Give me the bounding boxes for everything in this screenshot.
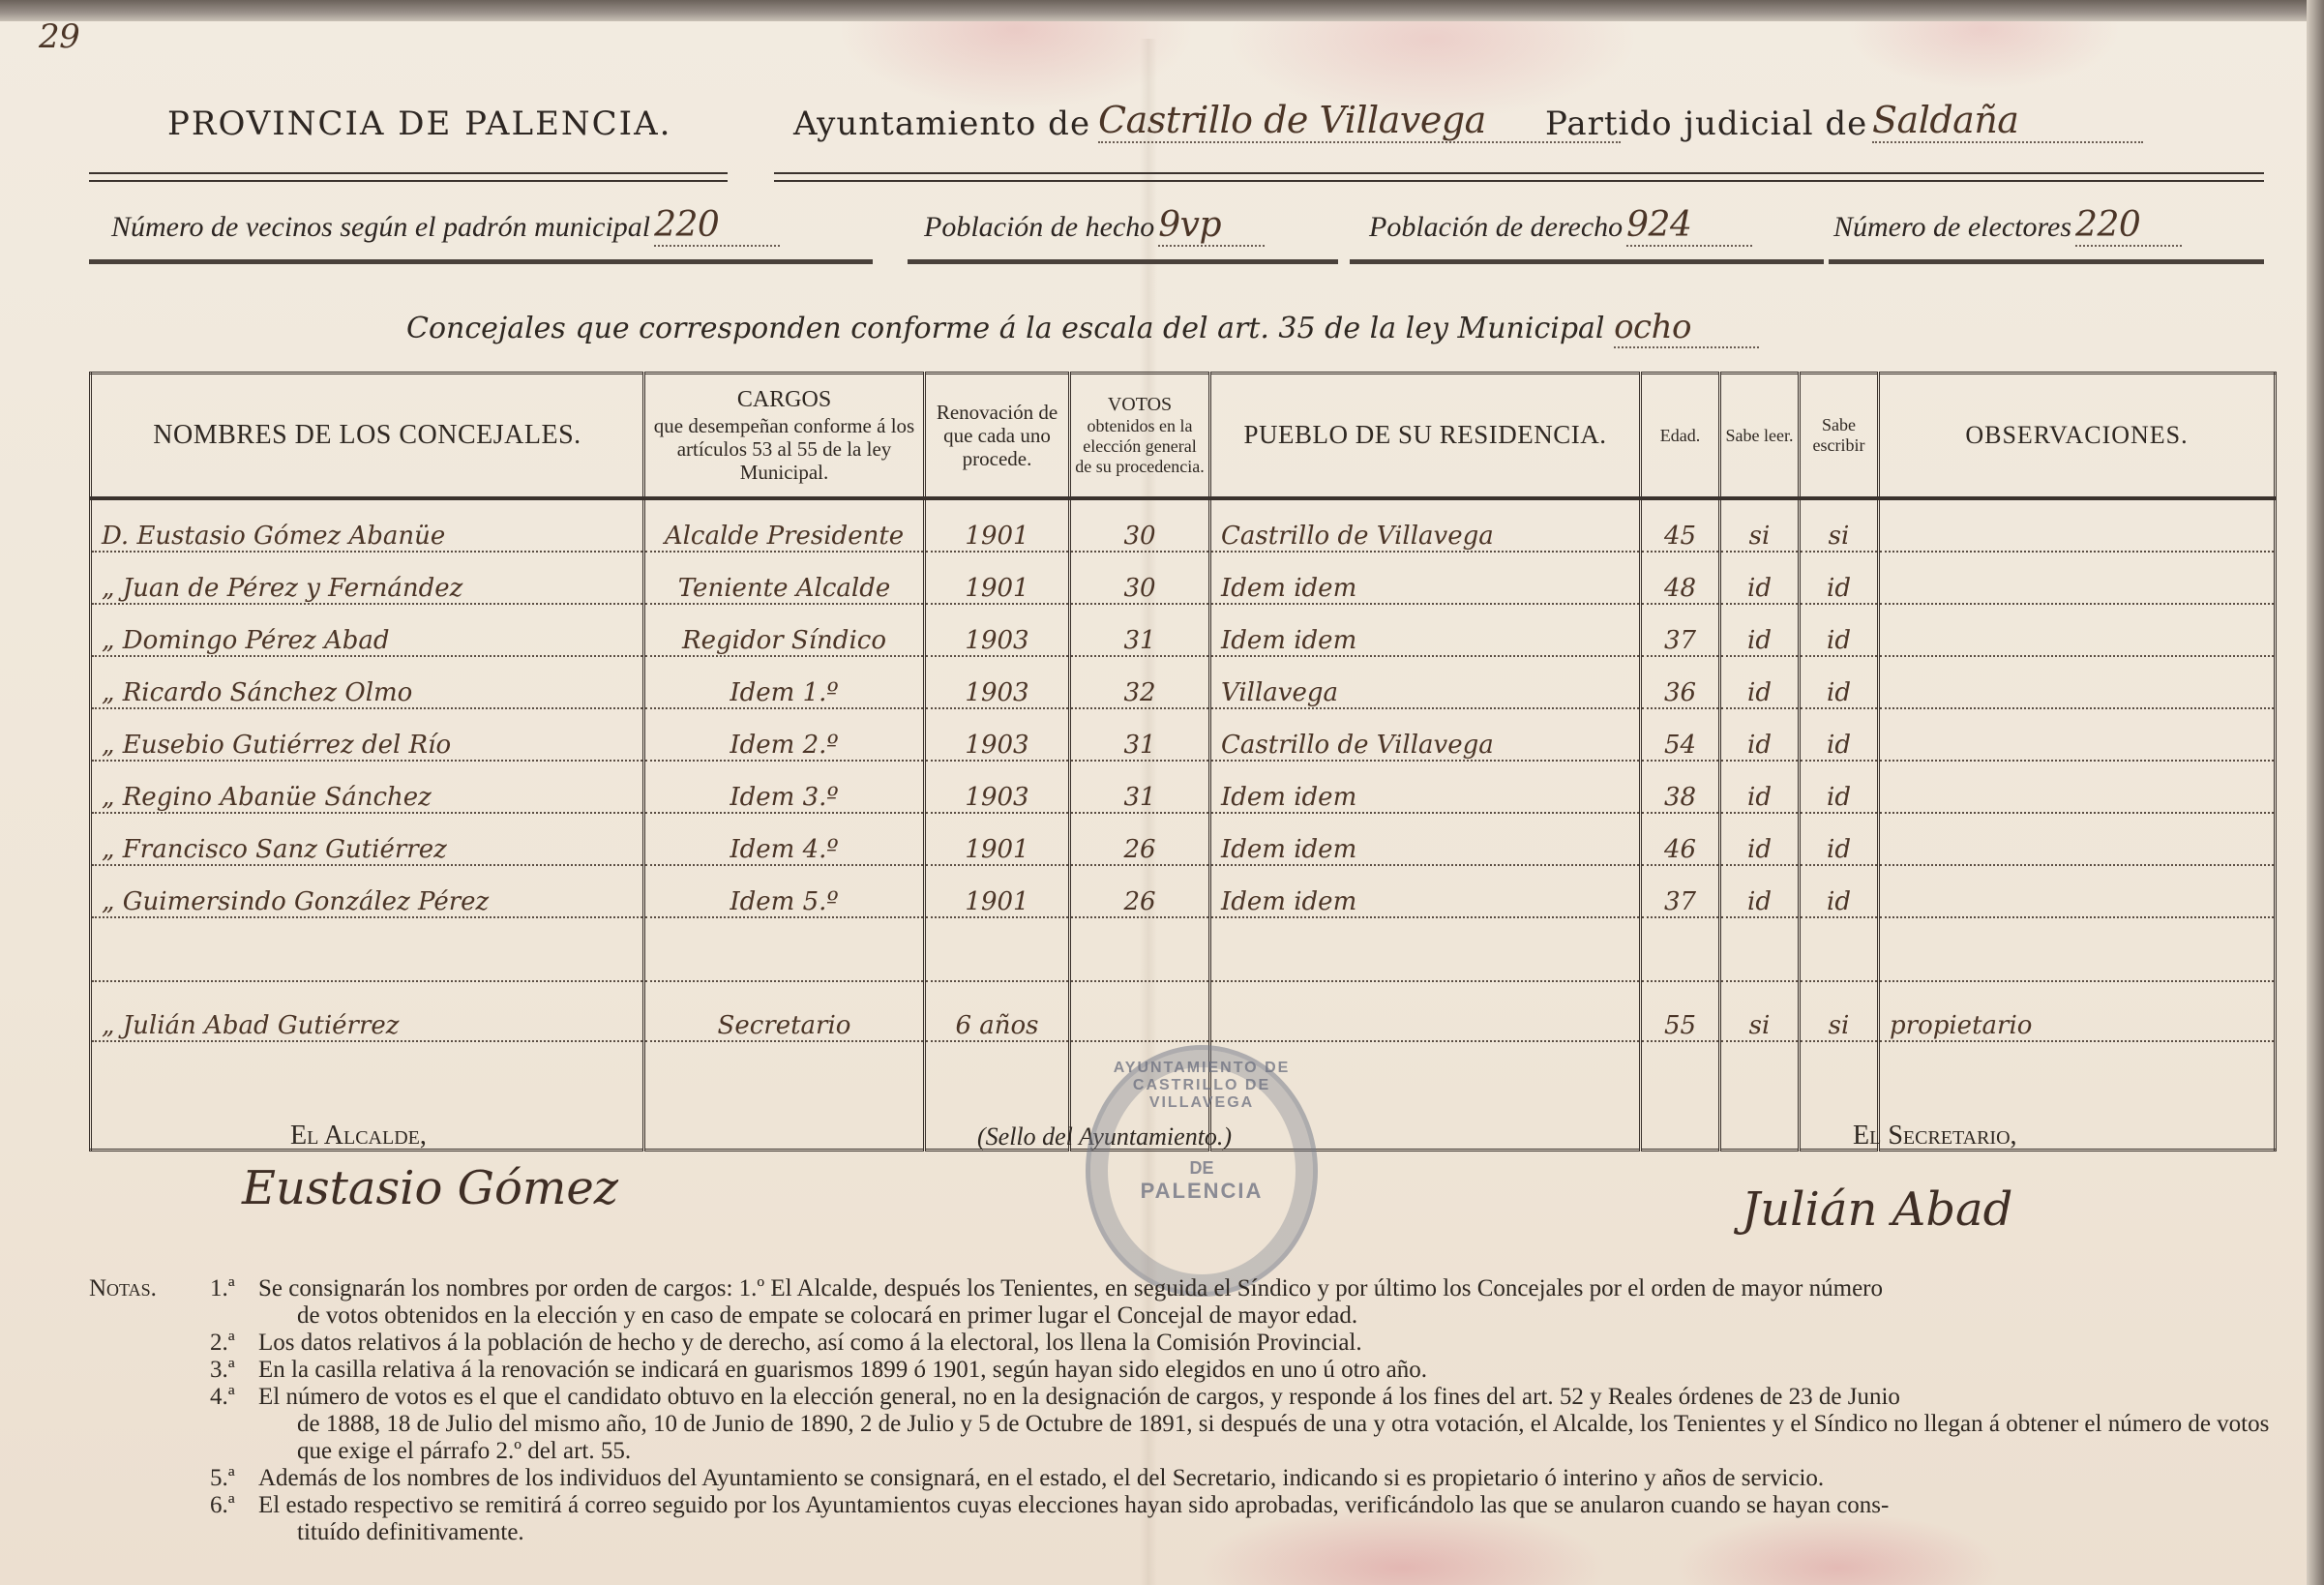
header-cargos-sub: que desempeñan conforme á los artículos … [649, 414, 919, 484]
header-sabe-escribir: Sabe escribir [1800, 374, 1879, 499]
cell-cargo: Idem 2.º [644, 708, 925, 761]
cell-edad: 48 [1641, 552, 1720, 604]
header-edad: Edad. [1641, 374, 1720, 499]
note-number: 6.ª [210, 1492, 235, 1519]
note-continuation: de 1888, 18 de Julio del mismo año, 10 d… [258, 1411, 2285, 1465]
book-binding-edge [2307, 0, 2324, 1585]
ayuntamiento-value: Castrillo de Villavega [1098, 99, 1621, 143]
table-row: „ Juan de Pérez y Fernández Teniente Alc… [91, 552, 2276, 604]
rule [1829, 259, 2264, 264]
secretario-signature: Julián Abad [1742, 1182, 2012, 1237]
note-text: En la casilla relativa á la renovación s… [258, 1357, 1427, 1383]
cell-obs [1879, 813, 2276, 865]
cell-escribir: id [1800, 865, 1879, 917]
cell-pueblo: Idem idem [1210, 552, 1641, 604]
note-item: 6.ª El estado respectivo se remitirá á c… [89, 1492, 2285, 1546]
cell-renovacion: 1903 [925, 761, 1070, 813]
cell-obs [1879, 761, 2276, 813]
cell-votos: 31 [1070, 708, 1210, 761]
ayuntamiento-label: Ayuntamiento de [793, 105, 1090, 143]
cell-obs [1879, 656, 2276, 708]
cell-leer: id [1720, 813, 1800, 865]
cell-escribir: id [1800, 761, 1879, 813]
cell-votos [1070, 981, 1210, 1041]
vecinos-field: Número de vecinos según el padrón munici… [111, 205, 780, 247]
note-text: El estado respectivo se remitirá á corre… [258, 1492, 1889, 1518]
header-cargos: CARGOS que desempeñan conforme á los art… [644, 374, 925, 499]
cell-pueblo: Castrillo de Villavega [1210, 498, 1641, 552]
cell-votos: 30 [1070, 498, 1210, 552]
cell-leer: id [1720, 708, 1800, 761]
cell-cargo: Idem 5.º [644, 865, 925, 917]
note-item: 4.ª El número de votos es el que el cand… [89, 1384, 2285, 1465]
provincia-title: PROVINCIA DE PALENCIA. [167, 105, 671, 143]
cell-votos: 30 [1070, 552, 1210, 604]
header-nombres: NOMBRES DE LOS CONCEJALES. [91, 374, 644, 499]
cell-renovacion: 1901 [925, 813, 1070, 865]
cell-votos: 31 [1070, 761, 1210, 813]
electores-value: 220 [2075, 205, 2182, 247]
cell-votos: 26 [1070, 813, 1210, 865]
cell-cargo: Alcalde Presidente [644, 498, 925, 552]
vecinos-value: 220 [654, 205, 780, 247]
table-row: „ Guimersindo González Pérez Idem 5.º 19… [91, 865, 2276, 917]
cell-nombre: D. Eustasio Gómez Abanüe [91, 498, 644, 552]
cell-obs [1879, 498, 2276, 552]
cell-edad: 37 [1641, 865, 1720, 917]
cell-obs: propietario [1879, 981, 2276, 1041]
derecho-value: 924 [1626, 205, 1752, 247]
table-row-secretary: „ Julián Abad Gutiérrez Secretario 6 año… [91, 981, 2276, 1041]
cell-leer: si [1720, 981, 1800, 1041]
book-binding-top [0, 0, 2324, 21]
cell-cargo: Idem 4.º [644, 813, 925, 865]
cell-escribir: si [1800, 981, 1879, 1041]
cell-nombre: „ Francisco Sanz Gutiérrez [91, 813, 644, 865]
seal-ring-text: AYUNTAMIENTO DE CASTRILLO DE VILLAVEGA [1090, 1060, 1313, 1112]
note-continuation: de votos obtenidos en la elección y en c… [258, 1302, 2285, 1330]
cell-obs [1879, 604, 2276, 656]
cell-cargo: Regidor Síndico [644, 604, 925, 656]
partido-value: Saldaña [1872, 99, 2143, 143]
cell-leer: si [1720, 498, 1800, 552]
cell-escribir: si [1800, 498, 1879, 552]
cell-edad: 46 [1641, 813, 1720, 865]
municipal-seal: AYUNTAMIENTO DE CASTRILLO DE VILLAVEGA D… [1086, 1045, 1318, 1297]
page-number: 29 [39, 17, 79, 56]
cell-obs [1879, 708, 2276, 761]
cell-escribir: id [1800, 656, 1879, 708]
cell-escribir: id [1800, 813, 1879, 865]
note-text: El número de votos es el que el candidat… [258, 1384, 1900, 1410]
table-row: „ Ricardo Sánchez Olmo Idem 1.º 1903 32 … [91, 656, 2276, 708]
cell-nombre: „ Ricardo Sánchez Olmo [91, 656, 644, 708]
derecho-field: Población de derecho924 [1369, 205, 1752, 247]
vecinos-label: Número de vecinos según el padrón munici… [111, 211, 650, 243]
table-row: „ Domingo Pérez Abad Regidor Síndico 190… [91, 604, 2276, 656]
hecho-label: Población de hecho [924, 211, 1154, 243]
cell-cargo: Secretario [644, 981, 925, 1041]
table-row: D. Eustasio Gómez Abanüe Alcalde Preside… [91, 498, 2276, 552]
cell-leer: id [1720, 604, 1800, 656]
cell-votos: 32 [1070, 656, 1210, 708]
note-number: 5.ª [210, 1465, 235, 1492]
cell-escribir: id [1800, 604, 1879, 656]
cell-pueblo: Villavega [1210, 656, 1641, 708]
cell-leer: id [1720, 552, 1800, 604]
table-row: „ Regino Abanüe Sánchez Idem 3.º 1903 31… [91, 761, 2276, 813]
cell-pueblo [1210, 981, 1641, 1041]
concejales-value: ocho [1614, 308, 1759, 348]
note-text: Los datos relativos á la población de he… [258, 1330, 1362, 1356]
electores-field: Número de electores220 [1833, 205, 2182, 247]
cell-nombre: „ Domingo Pérez Abad [91, 604, 644, 656]
header-observaciones: OBSERVACIONES. [1879, 374, 2276, 499]
cell-renovacion: 1901 [925, 498, 1070, 552]
partido-label: Partido judicial de [1545, 105, 1867, 143]
cell-renovacion: 1901 [925, 552, 1070, 604]
derecho-label: Población de derecho [1369, 211, 1623, 243]
cell-escribir: id [1800, 552, 1879, 604]
header-votos-sub: obtenidos en la elección general de su p… [1075, 416, 1205, 476]
note-item: 1.ª Se consignarán los nombres por orden… [89, 1275, 2285, 1330]
cell-edad: 37 [1641, 604, 1720, 656]
rule [89, 172, 728, 182]
note-item: 2.ª Los datos relativos á la población d… [89, 1330, 2285, 1357]
cell-pueblo: Idem idem [1210, 761, 1641, 813]
seal-middle-text: DE [1189, 1158, 1213, 1179]
cell-pueblo: Castrillo de Villavega [1210, 708, 1641, 761]
cell-edad: 38 [1641, 761, 1720, 813]
note-number: 2.ª [210, 1330, 235, 1357]
cell-cargo: Idem 3.º [644, 761, 925, 813]
cell-cargo: Idem 1.º [644, 656, 925, 708]
cell-nombre: „ Guimersindo González Pérez [91, 865, 644, 917]
note-number: 4.ª [210, 1384, 235, 1411]
note-item: 3.ª En la casilla relativa á la renovaci… [89, 1357, 2285, 1384]
cell-pueblo: Idem idem [1210, 865, 1641, 917]
header-votos-title: VOTOS [1075, 394, 1205, 416]
cell-renovacion: 1903 [925, 656, 1070, 708]
header-pueblo: PUEBLO DE SU RESIDENCIA. [1210, 374, 1641, 499]
table-header-row: NOMBRES DE LOS CONCEJALES. CARGOS que de… [91, 374, 2276, 499]
alcalde-signature: Eustasio Gómez [242, 1161, 618, 1215]
cell-nombre: „ Juan de Pérez y Fernández [91, 552, 644, 604]
hecho-field: Población de hecho9vp [924, 205, 1265, 247]
cell-renovacion: 6 años [925, 981, 1070, 1041]
cell-leer: id [1720, 865, 1800, 917]
cell-renovacion: 1903 [925, 604, 1070, 656]
note-continuation: tituído definitivamente. [258, 1519, 2285, 1546]
table-row-empty [91, 917, 2276, 981]
note-item: 5.ª Además de los nombres de los individ… [89, 1465, 2285, 1492]
cell-renovacion: 1901 [925, 865, 1070, 917]
cell-escribir: id [1800, 708, 1879, 761]
header-sabe-leer: Sabe leer. [1720, 374, 1800, 499]
table-row: „ Francisco Sanz Gutiérrez Idem 4.º 1901… [91, 813, 2276, 865]
header-votos: VOTOS obtenidos en la elección general d… [1070, 374, 1210, 499]
title-row: PROVINCIA DE PALENCIA. Ayuntamiento de C… [160, 105, 2288, 163]
header-cargos-title: CARGOS [649, 387, 919, 414]
rule [1350, 259, 1824, 264]
cell-edad: 55 [1641, 981, 1720, 1041]
note-text: Además de los nombres de los individuos … [258, 1465, 1824, 1491]
header-renovacion: Renovación de que cada uno procede. [925, 374, 1070, 499]
cell-nombre: „ Julián Abad Gutiérrez [91, 981, 644, 1041]
cell-cargo: Teniente Alcalde [644, 552, 925, 604]
cell-obs [1879, 552, 2276, 604]
cell-edad: 54 [1641, 708, 1720, 761]
concejales-table: NOMBRES DE LOS CONCEJALES. CARGOS que de… [89, 372, 2277, 1151]
note-text: Se consignarán los nombres por orden de … [258, 1275, 1883, 1301]
cell-edad: 36 [1641, 656, 1720, 708]
seal-bottom-text: PALENCIA [1141, 1179, 1264, 1204]
secretario-label: El Secretario, [1853, 1121, 2017, 1151]
rule [908, 259, 1338, 264]
electores-label: Número de electores [1833, 211, 2071, 243]
note-number: 3.ª [210, 1357, 235, 1384]
cell-edad: 45 [1641, 498, 1720, 552]
cell-nombre: „ Regino Abanüe Sánchez [91, 761, 644, 813]
cell-votos: 26 [1070, 865, 1210, 917]
concejales-line: Concejales que corresponden conforme á l… [406, 308, 1759, 348]
cell-leer: id [1720, 761, 1800, 813]
rule [774, 172, 2264, 182]
cell-pueblo: Idem idem [1210, 813, 1641, 865]
rule [89, 259, 873, 264]
alcalde-label: El Alcalde, [290, 1121, 427, 1151]
cell-renovacion: 1903 [925, 708, 1070, 761]
table-row: „ Eusebio Gutiérrez del Río Idem 2.º 190… [91, 708, 2276, 761]
cell-pueblo: Idem idem [1210, 604, 1641, 656]
cell-nombre: „ Eusebio Gutiérrez del Río [91, 708, 644, 761]
cell-votos: 31 [1070, 604, 1210, 656]
note-number: 1.ª [210, 1275, 235, 1302]
notes-section: Notas. 1.ª Se consignarán los nombres po… [89, 1275, 2285, 1546]
concejales-label: Concejales que corresponden conforme á l… [406, 312, 1605, 345]
cell-obs [1879, 865, 2276, 917]
cell-leer: id [1720, 656, 1800, 708]
hecho-value: 9vp [1158, 205, 1265, 247]
